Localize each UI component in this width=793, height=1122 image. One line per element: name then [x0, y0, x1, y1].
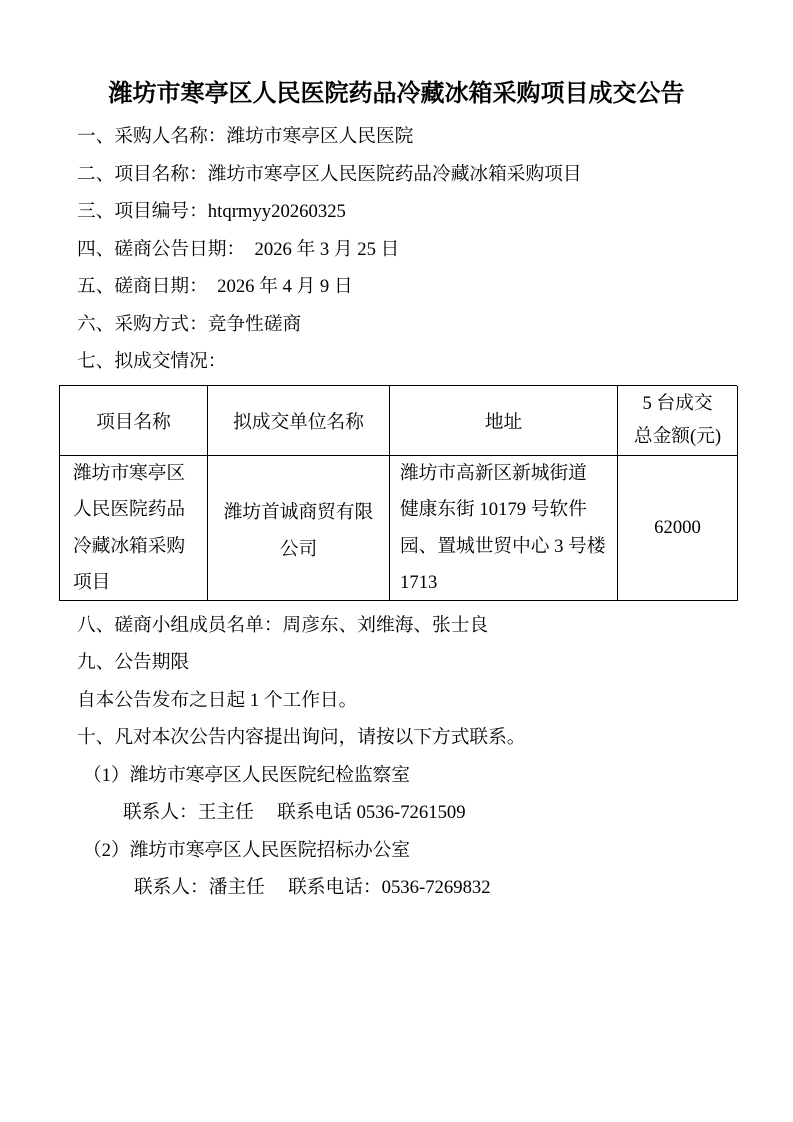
header-address: 地址 — [390, 386, 618, 456]
item-procurement-method: 六、采购方式：竞争性磋商 — [77, 306, 793, 344]
header-amount-line-2: 总金额(元) — [634, 420, 721, 453]
document-page: 潍坊市寒亭区人民医院药品冷藏冰箱采购项目成交公告 一、采购人名称：潍坊市寒亭区人… — [0, 0, 793, 1122]
contact-1-title: （1）潍坊市寒亭区人民医院纪检监察室 — [83, 757, 793, 795]
document-title: 潍坊市寒亭区人民医院药品冷藏冰箱采购项目成交公告 — [0, 76, 793, 112]
contact-1-detail: 联系人：王主任 联系电话 0536-7261509 — [123, 794, 793, 832]
announcement-period-body: 自本公告发布之日起 1 个工作日。 — [77, 682, 793, 720]
item-project-name: 二、项目名称：潍坊市寒亭区人民医院药品冷藏冰箱采购项目 — [77, 156, 793, 194]
award-table-data-row: 潍坊市寒亭区 人民医院药品 冷藏冰箱采购 项目 潍坊首诚商贸有限 公司 潍坊市高… — [60, 456, 737, 601]
header-supplier: 拟成交单位名称 — [208, 386, 390, 456]
header-project-name: 项目名称 — [60, 386, 208, 456]
award-table-header-row: 项目名称 拟成交单位名称 地址 5 台成交 总金额(元) — [60, 386, 737, 456]
cell-address: 潍坊市高新区新城街道 健康东街 10179 号软件 园、置城世贸中心 3 号楼 … — [390, 456, 618, 601]
header-amount: 5 台成交 总金额(元) — [618, 386, 738, 456]
cell-address-line-4: 1713 — [400, 565, 613, 601]
cell-project-name-line-3: 冷藏冰箱采购 — [73, 529, 201, 566]
cell-address-line-2: 健康东街 10179 号软件 — [400, 492, 613, 529]
item-announcement-period-heading: 九、公告期限 — [77, 644, 793, 682]
cell-supplier: 潍坊首诚商贸有限 公司 — [208, 456, 390, 601]
cell-project-name-line-4: 项目 — [73, 565, 201, 601]
award-table: 项目名称 拟成交单位名称 地址 5 台成交 总金额(元) 潍坊市寒亭区 人民医院… — [59, 385, 737, 601]
cell-project-name: 潍坊市寒亭区 人民医院药品 冷藏冰箱采购 项目 — [60, 456, 208, 601]
cell-project-name-line-2: 人民医院药品 — [73, 492, 201, 529]
cell-address-line-3: 园、置城世贸中心 3 号楼 — [400, 529, 613, 566]
contact-2-title: （2）潍坊市寒亭区人民医院招标办公室 — [83, 832, 793, 870]
cell-address-line-1: 潍坊市高新区新城街道 — [400, 456, 613, 493]
item-award-situation-heading: 七、拟成交情况： — [77, 343, 793, 381]
item-panel-members: 八、磋商小组成员名单：周彦东、刘维海、张士良 — [77, 607, 793, 645]
item-announcement-date: 四、磋商公告日期： 2026 年 3 月 25 日 — [77, 231, 793, 269]
cell-supplier-line-1: 潍坊首诚商贸有限 — [224, 495, 374, 532]
cell-project-name-line-1: 潍坊市寒亭区 — [73, 456, 201, 493]
item-inquiry-contact-heading: 十、凡对本次公告内容提出询问，请按以下方式联系。 — [77, 719, 793, 757]
item-project-number: 三、项目编号：htqrmyy20260325 — [77, 193, 793, 231]
cell-supplier-line-2: 公司 — [280, 532, 317, 569]
item-purchaser-name: 一、采购人名称：潍坊市寒亭区人民医院 — [77, 118, 793, 156]
item-negotiation-date: 五、磋商日期： 2026 年 4 月 9 日 — [77, 268, 793, 306]
cell-amount: 62000 — [618, 456, 738, 601]
contact-2-detail: 联系人：潘主任 联系电话：0536-7269832 — [134, 869, 793, 907]
header-amount-line-1: 5 台成交 — [642, 387, 712, 420]
